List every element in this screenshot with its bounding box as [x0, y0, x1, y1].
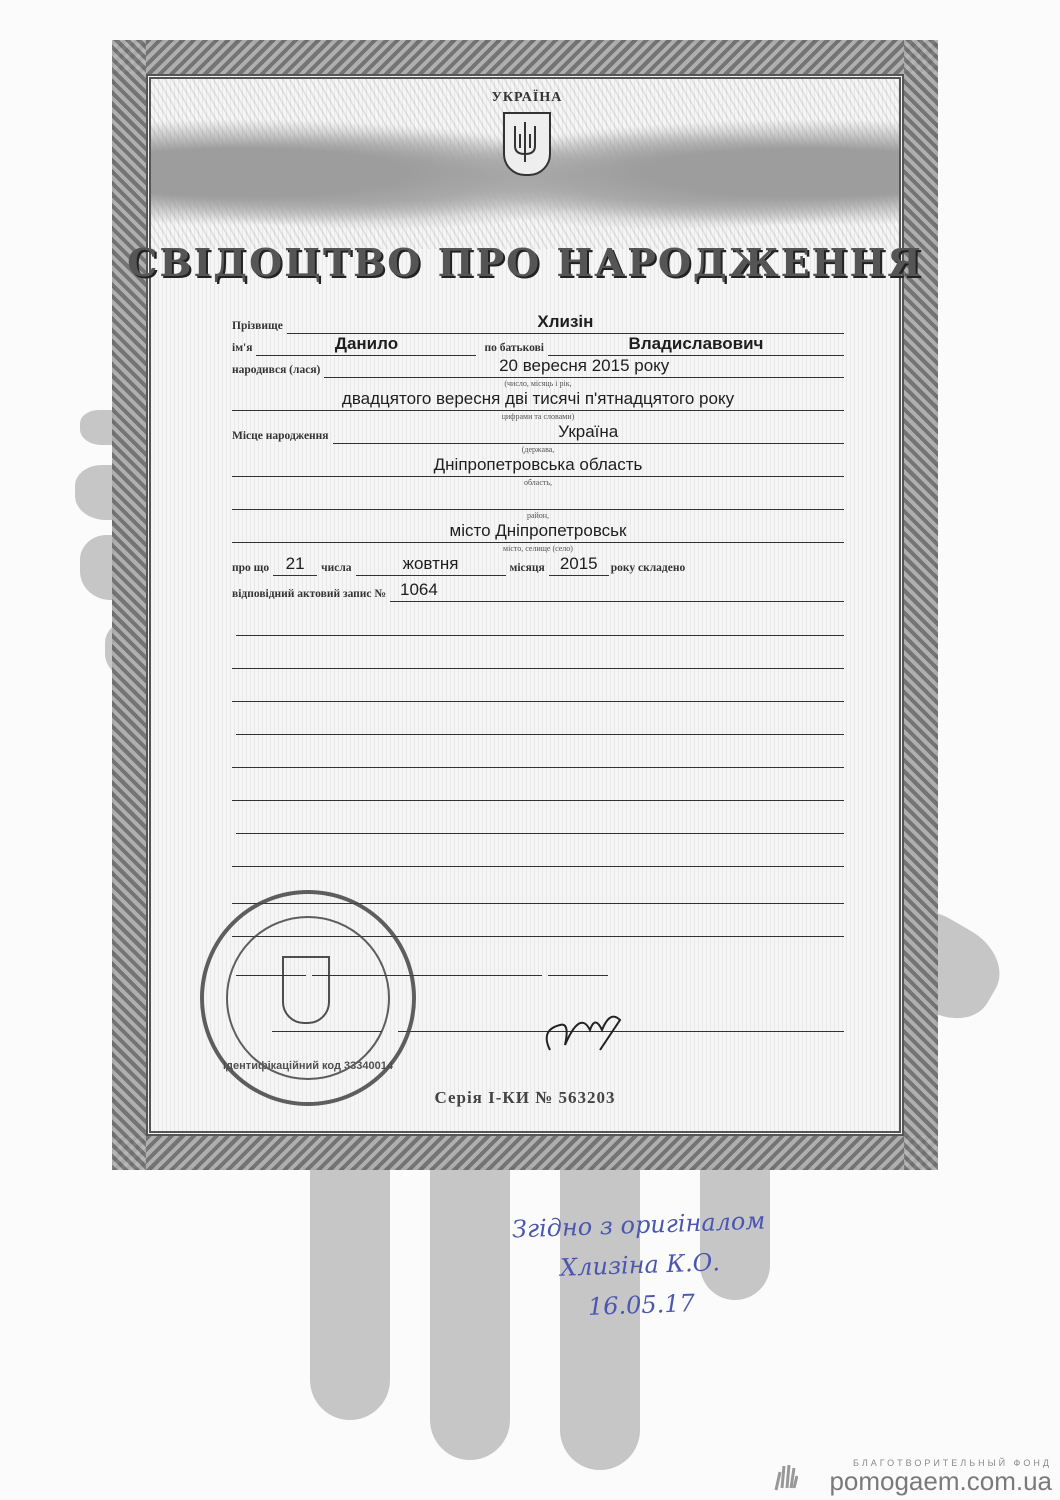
trident-icon	[503, 112, 551, 176]
document-title: СВІДОЦТВО ПРО НАРОДЖЕННЯ	[112, 240, 938, 285]
handwritten-certification: Згідно з оригіналом Хлизіна К.О. 16.05.1…	[428, 1198, 852, 1333]
signature	[540, 1000, 630, 1060]
birthplace-label: Місце народження	[232, 430, 329, 444]
name-value: Данило	[256, 334, 476, 354]
watermark-footer: БЛАГОТВОРИТЕЛЬНЫЙ ФОНД pomogaem.com.ua	[829, 1458, 1052, 1494]
born-label: народився (лася)	[232, 364, 320, 378]
hint: місто, селище (село)	[232, 543, 844, 554]
birthplace-city: місто Дніпропетровськ	[232, 521, 844, 541]
name-label: ім'я	[232, 342, 252, 356]
record-day: 21	[273, 554, 317, 574]
hint: (держава,	[232, 444, 844, 455]
patronymic-label: по батькові	[484, 342, 544, 356]
stamp-code: Ідентифікаційний код 33340014	[204, 1060, 412, 1072]
hint	[232, 801, 844, 812]
series-number: Серія І-КИ № 563203	[112, 1088, 938, 1108]
border-pattern-bottom	[112, 1136, 938, 1170]
hint	[232, 702, 844, 713]
month-label: місяця	[510, 562, 545, 576]
birth-date-words: двадцятого вересня дві тисячі п'ятнадцят…	[232, 389, 844, 409]
birthplace-region: Дніпропетровська область	[232, 455, 844, 475]
hint	[232, 636, 844, 647]
hint: район,	[232, 510, 844, 521]
surname-label: Прізвище	[232, 320, 283, 334]
hand-logo-icon	[772, 1462, 798, 1492]
birthplace-country: Україна	[333, 422, 844, 442]
patronymic-value: Владиславович	[548, 334, 844, 354]
hint: (число, місяць і рік,	[232, 378, 844, 389]
border-pattern-left	[112, 40, 146, 1170]
hint	[232, 735, 844, 746]
year-label: року складено	[611, 562, 685, 576]
hint: цифрами та словами)	[232, 411, 844, 422]
record-month: жовтня	[356, 554, 506, 574]
hint	[232, 867, 844, 878]
border-pattern-right	[904, 40, 938, 1170]
record-year: 2015	[549, 554, 609, 574]
site-logo: pomogaem.com.ua	[829, 1468, 1052, 1494]
entry-label: відповідний актовий запис №	[232, 588, 386, 602]
entry-number: 1064	[390, 580, 844, 600]
hint	[232, 669, 844, 680]
hint	[664, 1032, 844, 1043]
birth-date-value: 20 вересня 2015 року	[324, 356, 844, 376]
coat-of-arms: УКРАЇНА	[482, 60, 572, 230]
hint	[232, 768, 844, 779]
country-label: УКРАЇНА	[482, 90, 572, 106]
record-prefix: про що	[232, 562, 269, 576]
surname-value: Хлизін	[287, 312, 844, 332]
trident-icon	[282, 956, 330, 1024]
hint	[232, 834, 844, 845]
hint: область,	[232, 477, 844, 488]
day-label: числа	[321, 562, 351, 576]
official-stamp: Ідентифікаційний код 33340014	[200, 890, 416, 1106]
